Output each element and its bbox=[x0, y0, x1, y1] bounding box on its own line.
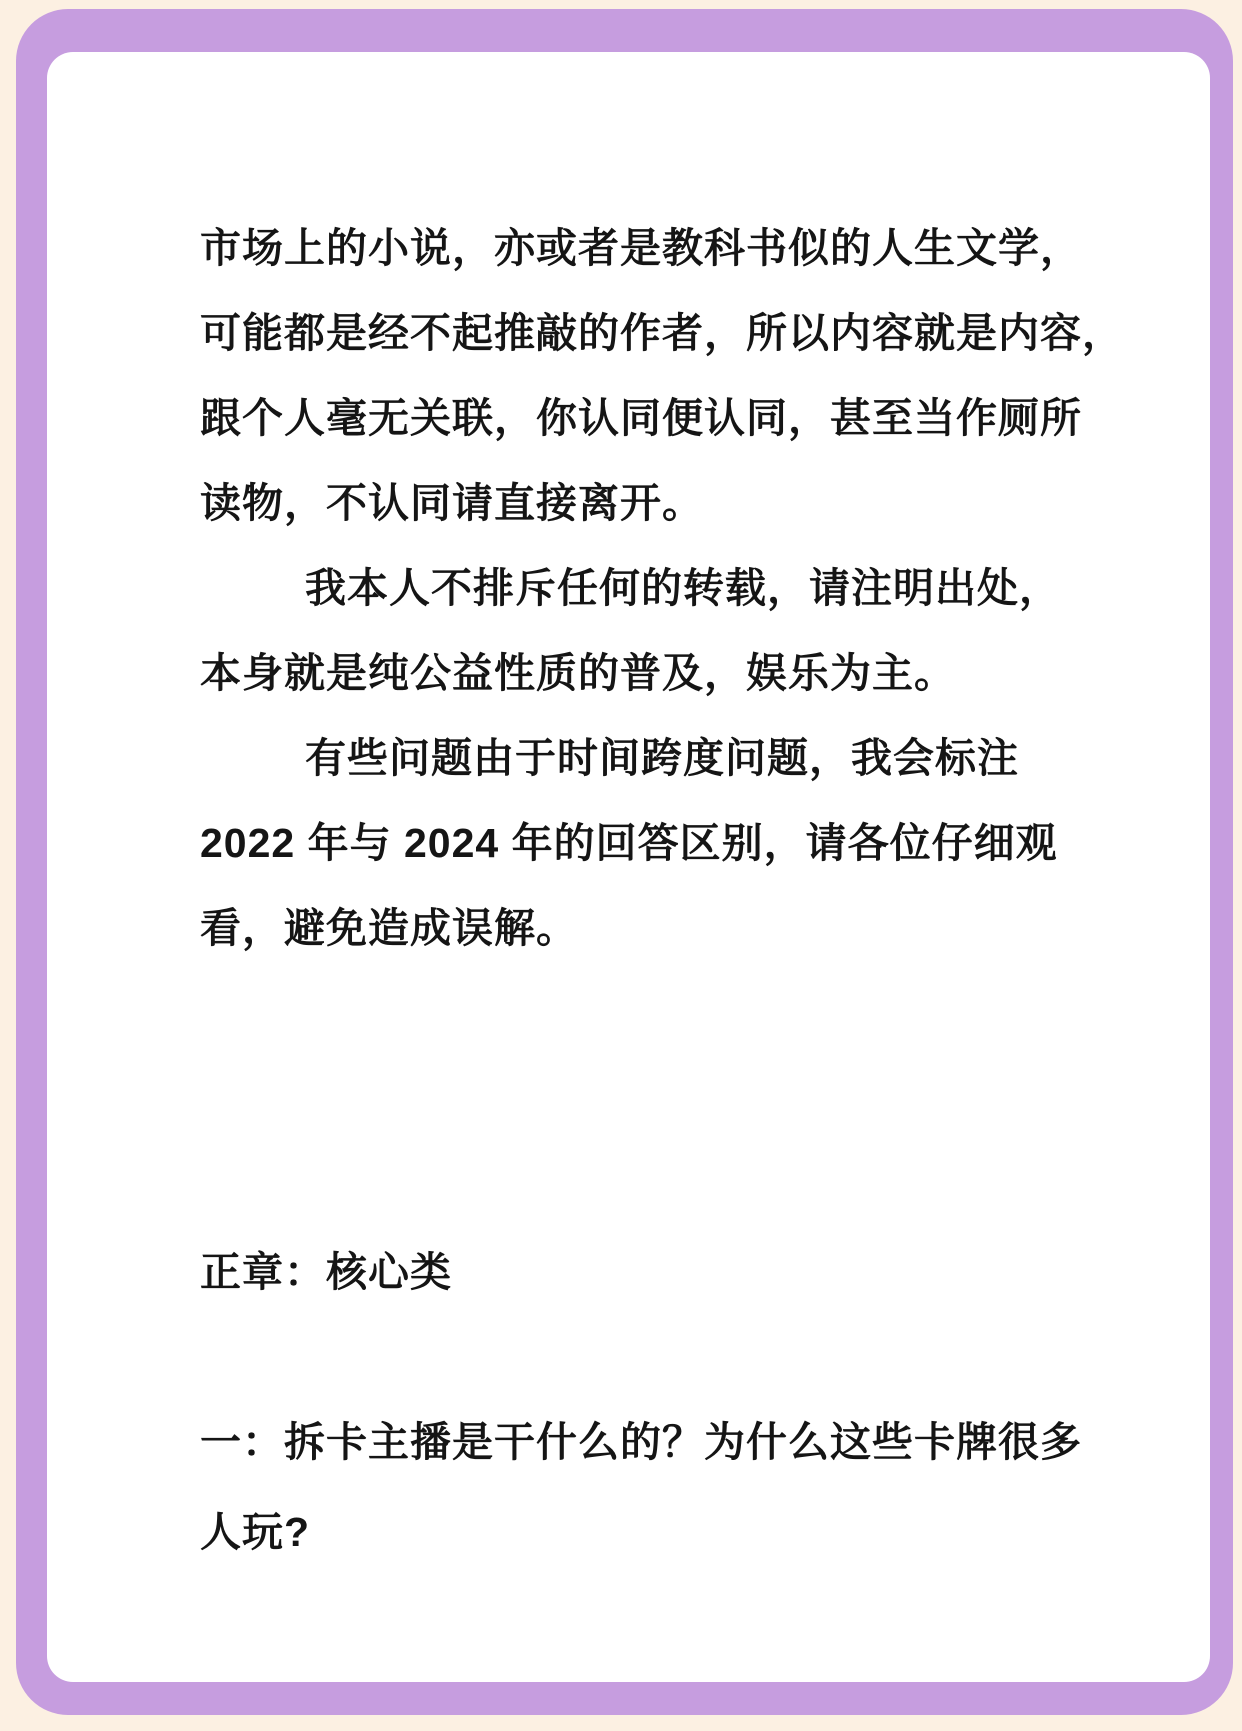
paragraph-line: 可能都是经不起推敲的作者，所以内容就是内容， bbox=[200, 309, 1124, 357]
decorative-purple-frame: 市场上的小说，亦或者是教科书似的人生文学， 可能都是经不起推敲的作者，所以内容就… bbox=[16, 9, 1233, 1715]
document-page-card: 市场上的小说，亦或者是教科书似的人生文学， 可能都是经不起推敲的作者，所以内容就… bbox=[47, 52, 1210, 1682]
paragraph-line: 有些问题由于时间跨度问题，我会标注 bbox=[305, 734, 1019, 782]
page-background: { "page": { "background_color": "#fcf0e2… bbox=[0, 0, 1242, 1731]
paragraph-line: 本身就是纯公益性质的普及，娱乐为主。 bbox=[200, 649, 956, 697]
paragraph-line: 2022 年与 2024 年的回答区别，请各位仔细观 bbox=[200, 819, 1058, 867]
section-heading: 正章：核心类 bbox=[200, 1248, 452, 1296]
paragraph-line: 读物，不认同请直接离开。 bbox=[200, 479, 704, 527]
paragraph-line: 我本人不排斥任何的转载，请注明出处， bbox=[305, 564, 1061, 612]
paragraph-line: 看，避免造成误解。 bbox=[200, 904, 578, 952]
question-line: 人玩? bbox=[200, 1508, 310, 1556]
paragraph-line: 市场上的小说，亦或者是教科书似的人生文学， bbox=[200, 224, 1082, 272]
question-line: 一：拆卡主播是干什么的？为什么这些卡牌很多 bbox=[200, 1418, 1082, 1466]
paragraph-line: 跟个人毫无关联，你认同便认同，甚至当作厕所 bbox=[200, 394, 1082, 442]
